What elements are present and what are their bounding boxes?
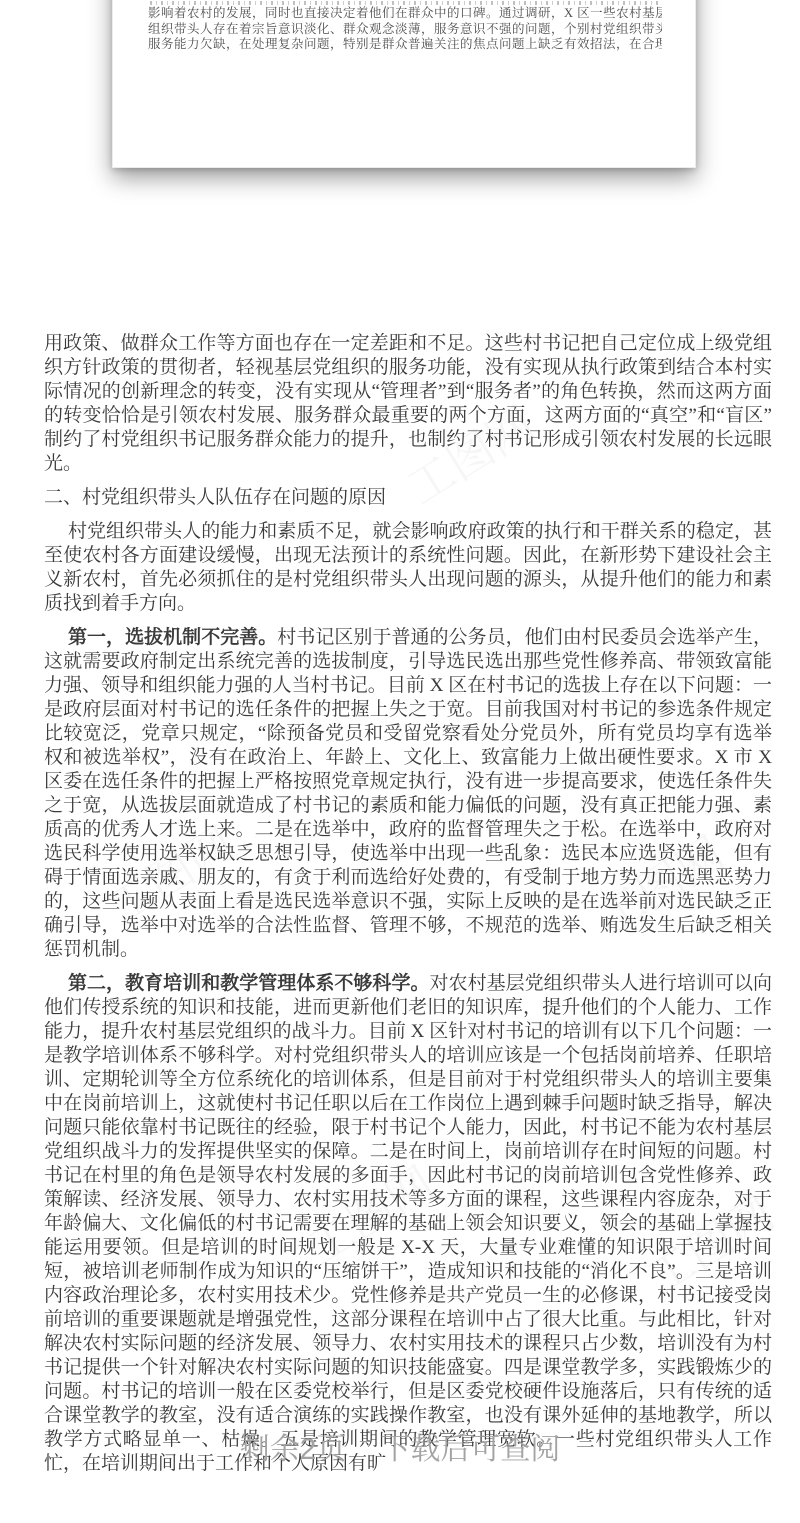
clipped-text-line [150, 1, 660, 5]
previous-page-text: 影响着农村的发展，同时也直接决定着他们在群众中的口碑。通过调研，X 区一些农村基… [148, 1, 662, 53]
page-text-line: 影响着农村的发展，同时也直接决定着他们在群众中的口碑。通过调研，X 区一些农村基… [148, 6, 662, 22]
pages-remaining-label: 剩余2页 [240, 1433, 347, 1466]
previous-page-card: 影响着农村的发展，同时也直接决定着他们在群众中的口碑。通过调研，X 区一些农村基… [112, 0, 696, 168]
paragraph-text: 村书记区别于普通的公务员，他们由村民委员会选举产生，这就需要政府制定出系统完善的… [44, 627, 772, 960]
section-heading: 二、村党组织带头人队伍存在问题的原因 [44, 486, 772, 510]
document-preview-page: { "preview_card": { "lines": [ "影响着农村的发展… [0, 0, 800, 1523]
download-hint-label: 下载后可查阅 [380, 1433, 560, 1466]
paragraph-lead: 第二，教育培训和教学管理体系不够科学。 [68, 973, 430, 994]
remaining-pages-hint: 剩余2页下载后可查阅 [0, 1424, 800, 1468]
paragraph: 第一，选拔机制不完善。村书记区别于普通的公务员，他们由村民委员会选举产生，这就需… [44, 626, 772, 962]
paragraph: 村党组织带头人的能力和素质不足，就会影响政府政策的执行和干群关系的稳定，甚至使农… [44, 520, 772, 616]
paragraph-continuation: 用政策、做群众工作等方面也存在一定差距和不足。这些村书记把自己定位成上级党组织方… [44, 332, 772, 476]
page-text-line: 服务能力欠缺，在处理复杂问题，特别是群众普遍关注的焦点问题上缺乏有效招法，在合理… [148, 37, 662, 53]
paragraph-lead: 第一，选拔机制不完善。 [68, 627, 277, 648]
page-text-line: 组织带头人存在着宗旨意识淡化、群众观念淡薄，服务意识不强的问题，个别村党组织带头… [148, 22, 662, 38]
paragraph: 第二，教育培训和教学管理体系不够科学。对农村基层党组织带头人进行培训可以向他们传… [44, 972, 772, 1476]
paragraph-text: 对农村基层党组织带头人进行培训可以向他们传授系统的知识和技能，进而更新他们老旧的… [44, 973, 772, 1474]
document-body: 用政策、做群众工作等方面也存在一定差距和不足。这些村书记把自己定位成上级党组织方… [44, 332, 772, 1486]
